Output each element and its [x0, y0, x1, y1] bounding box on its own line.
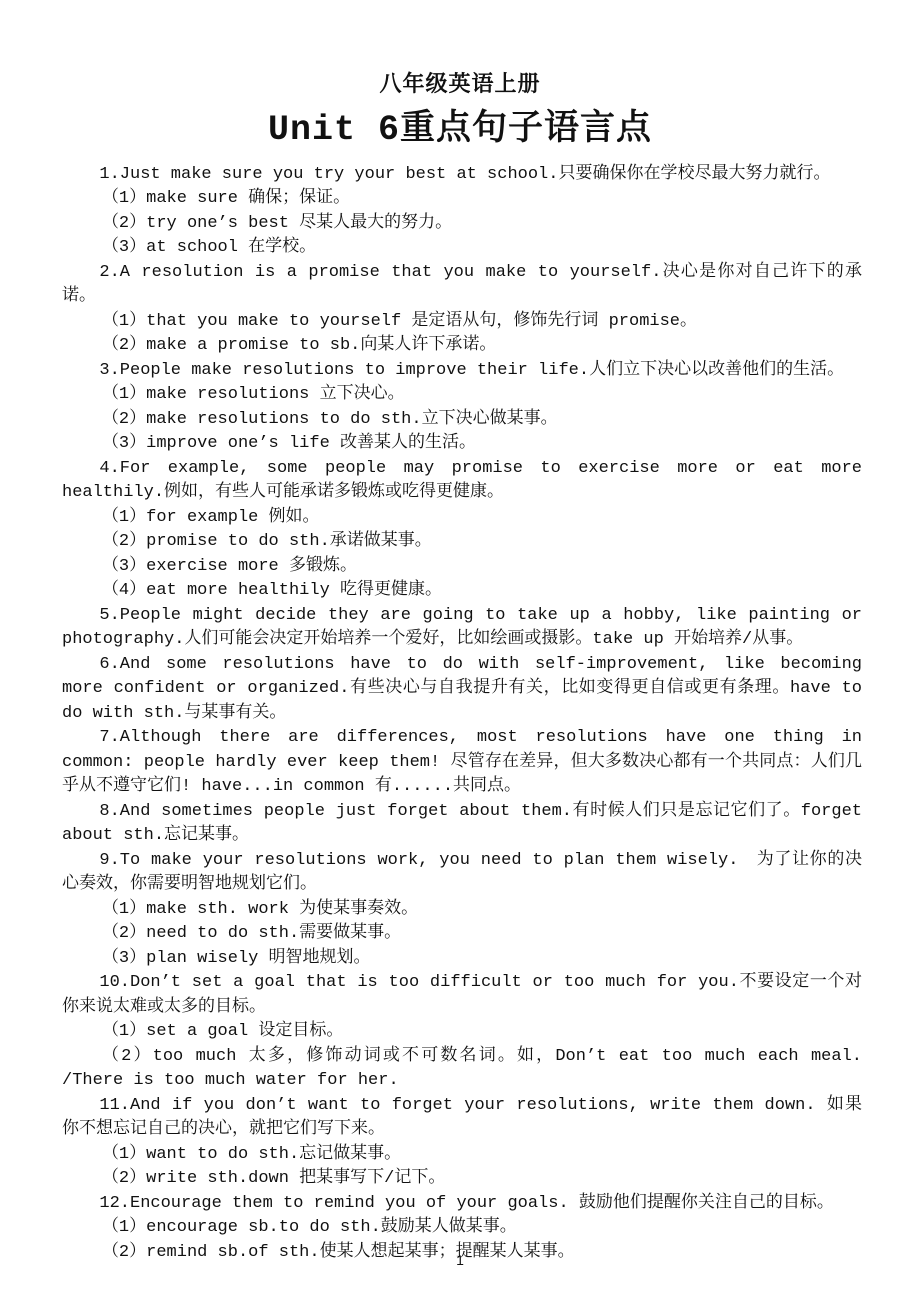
sub-point: （1）set a goal 设定目标。	[62, 1020, 862, 1045]
sentence-item: 6.And some resolutions have to do with s…	[62, 653, 862, 727]
sub-point: （3）at school 在学校。	[62, 236, 862, 261]
sub-point: （1）make sth. work 为使某事奏效。	[62, 898, 862, 923]
document-header: 八年级英语上册 Unit 6重点句子语言点	[0, 0, 920, 151]
sentence-item: 10.Don’t set a goal that is too difficul…	[62, 971, 862, 1020]
sentence-item: 2.A resolution is a promise that you mak…	[62, 261, 862, 310]
document-page: 八年级英语上册 Unit 6重点句子语言点 1.Just make sure y…	[0, 0, 920, 1302]
sentence-item: 5.People might decide they are going to …	[62, 604, 862, 653]
sentence-item: 8.And sometimes people just forget about…	[62, 800, 862, 849]
document-body: 1.Just make sure you try your best at sc…	[62, 163, 862, 1266]
sub-point: （2）write sth.down 把某事写下/记下。	[62, 1167, 862, 1192]
sub-point: （1）for example 例如。	[62, 506, 862, 531]
sub-point: （1）make sure 确保；保证。	[62, 187, 862, 212]
sentence-item: 12.Encourage them to remind you of your …	[62, 1192, 862, 1217]
sentence-item: 3.People make resolutions to improve the…	[62, 359, 862, 384]
doc-title: Unit 6重点句子语言点	[0, 109, 920, 151]
sub-point: （3）improve one’s life 改善某人的生活。	[62, 432, 862, 457]
page-number: 1	[0, 1252, 920, 1268]
sub-point: （2）try one’s best 尽某人最大的努力。	[62, 212, 862, 237]
sub-point: （1）make resolutions 立下决心。	[62, 383, 862, 408]
sub-point: （1）that you make to yourself 是定语从句，修饰先行词…	[62, 310, 862, 335]
sub-point: （1）want to do sth.忘记做某事。	[62, 1143, 862, 1168]
sentence-item: 4.For example, some people may promise t…	[62, 457, 862, 506]
sub-point: （3）plan wisely 明智地规划。	[62, 947, 862, 972]
sentence-item: 9.To make your resolutions work, you nee…	[62, 849, 862, 898]
sentence-item: 1.Just make sure you try your best at sc…	[62, 163, 862, 188]
doc-subtitle: 八年级英语上册	[0, 72, 920, 100]
sub-point: （2）make resolutions to do sth.立下决心做某事。	[62, 408, 862, 433]
sentence-item: 11.And if you don’t want to forget your …	[62, 1094, 862, 1143]
sub-point: （4）eat more healthily 吃得更健康。	[62, 579, 862, 604]
sub-point: （1）encourage sb.to do sth.鼓励某人做某事。	[62, 1216, 862, 1241]
sub-point: （2）need to do sth.需要做某事。	[62, 922, 862, 947]
sub-point: （2）too much 太多，修饰动词或不可数名词。如，Don’t eat to…	[62, 1045, 862, 1094]
sub-point: （3）exercise more 多锻炼。	[62, 555, 862, 580]
sub-point: （2）promise to do sth.承诺做某事。	[62, 530, 862, 555]
sentence-item: 7.Although there are differences, most r…	[62, 726, 862, 800]
sub-point: （2）make a promise to sb.向某人许下承诺。	[62, 334, 862, 359]
